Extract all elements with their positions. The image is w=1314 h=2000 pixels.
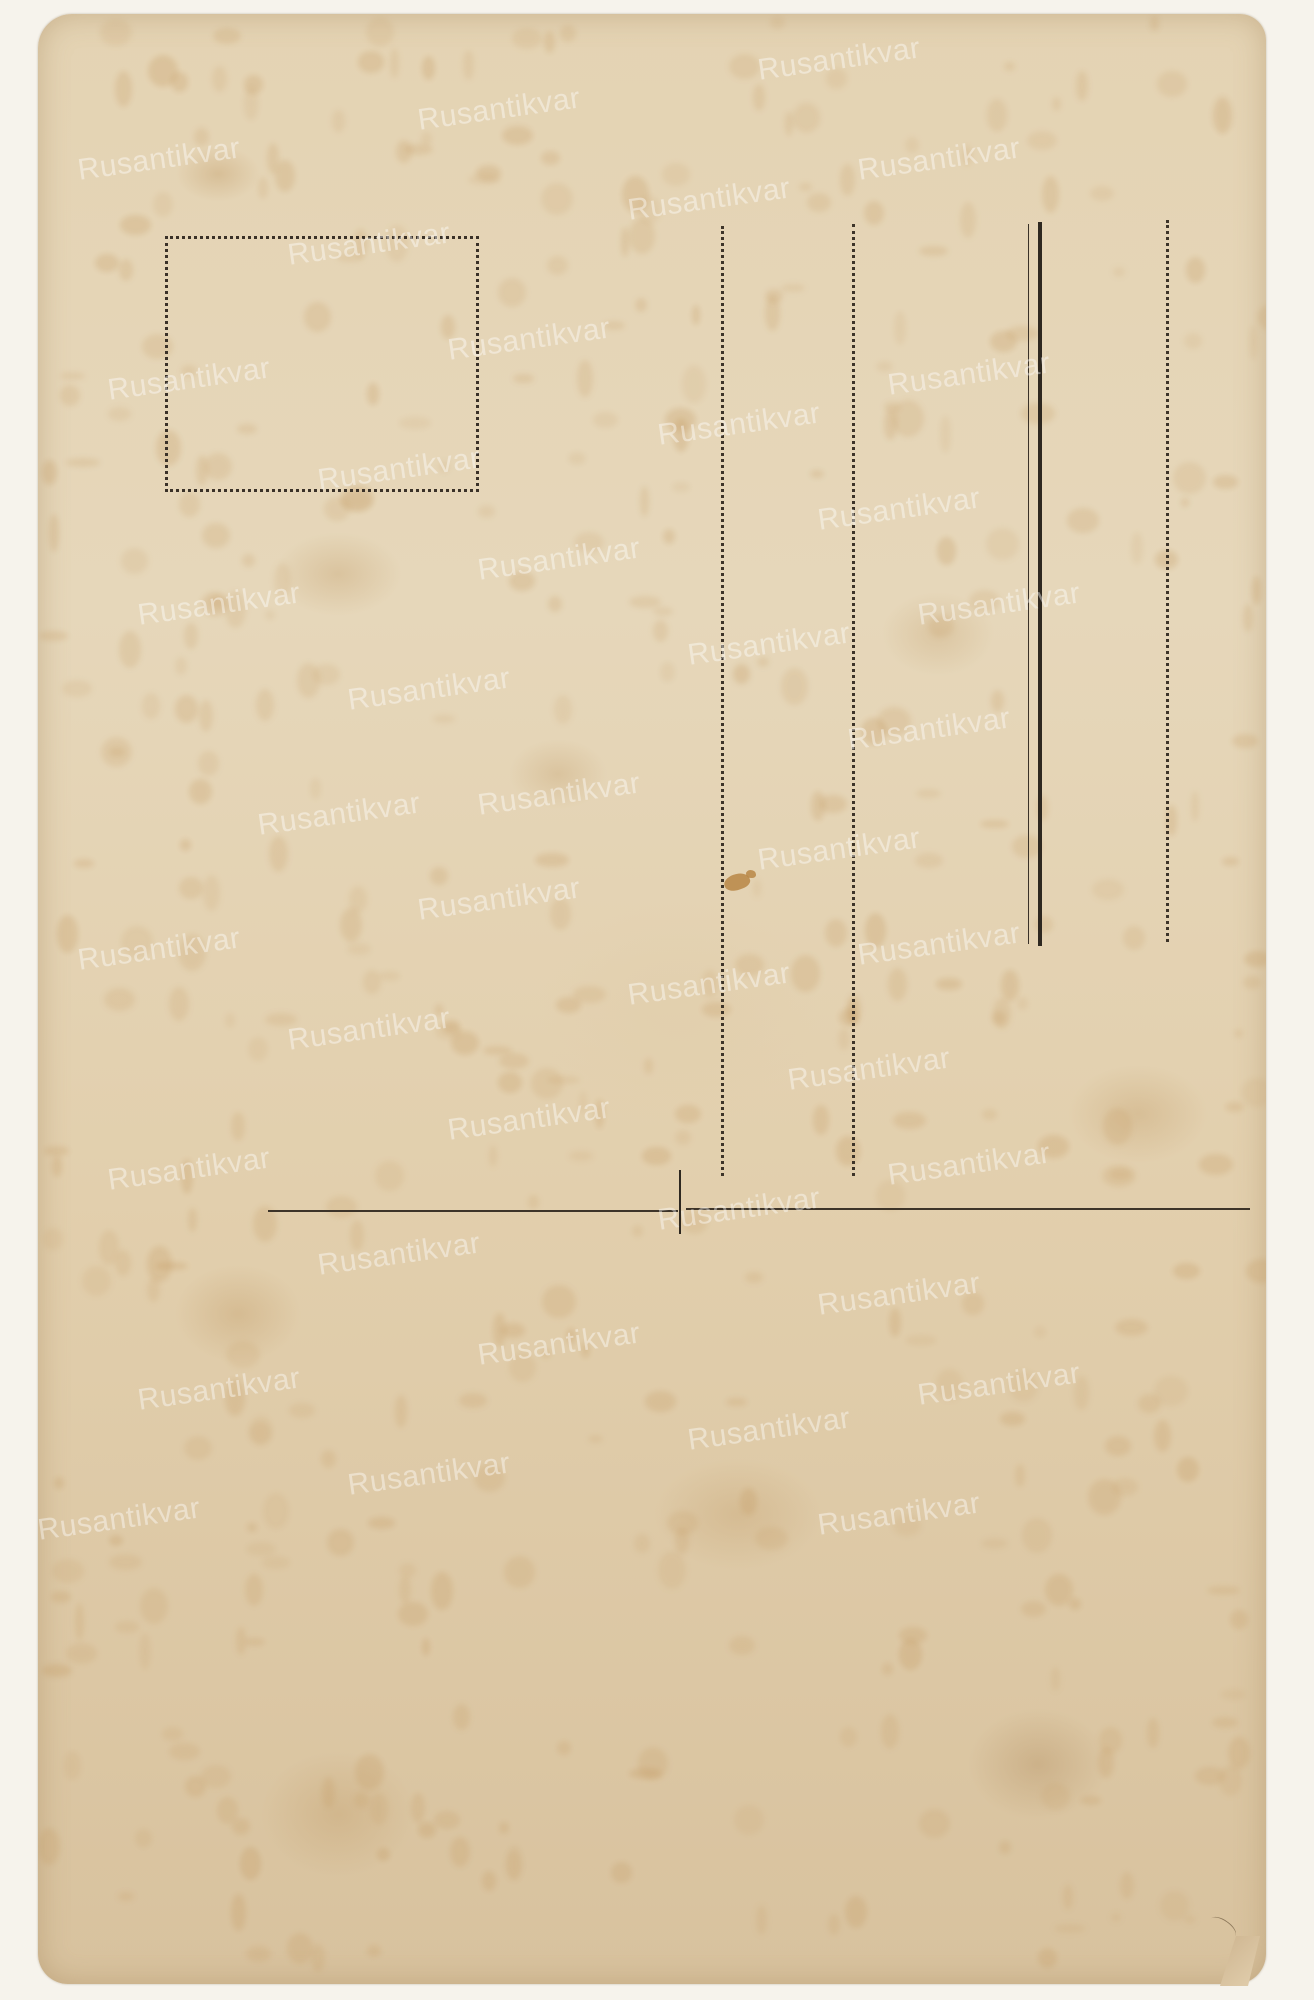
divider-thin-line: [1028, 224, 1029, 944]
stain-mark: [746, 870, 756, 878]
divider-thick-line: [1038, 222, 1042, 946]
address-line-2: [852, 224, 855, 1176]
stamp-box: [165, 236, 479, 492]
postcard-back: RusantikvarRusantikvarRusantikvarRusanti…: [38, 14, 1266, 1984]
address-line-1: [721, 226, 724, 1176]
horizontal-rule-left: [268, 1210, 678, 1212]
horizontal-rule-right: [686, 1208, 1250, 1210]
address-line-3: [1166, 220, 1169, 942]
center-tick: [679, 1170, 681, 1234]
